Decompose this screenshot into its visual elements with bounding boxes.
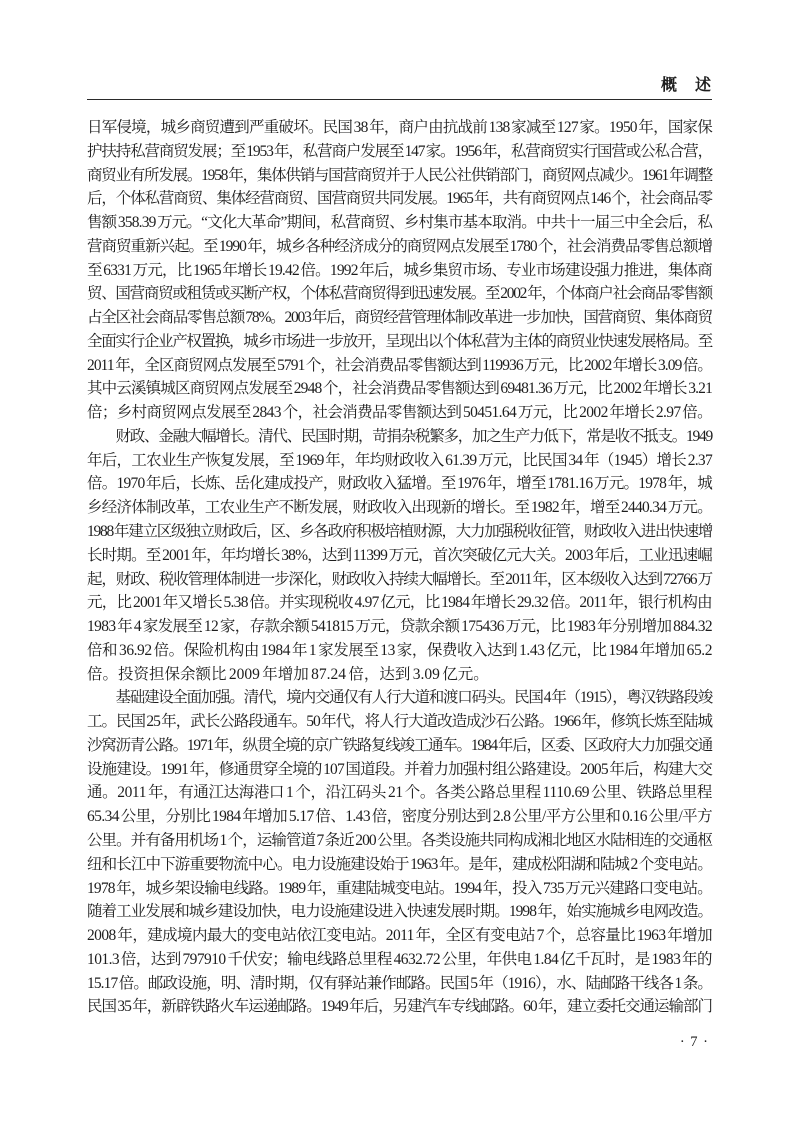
text-line-content: 随着工业发展和城乡建设加快，电力设施建设进入快速发展时期。1998 年，始实施城… xyxy=(87,900,712,924)
text-line: 日军侵境，城乡商贸遭到严重破坏。民国 38 年，商户由抗战前 138 家减至 1… xyxy=(87,116,712,140)
text-line-content: 贸、国营商贸或租赁或买断产权，个体私营商贸得到迅速发展。至 2002 年，个体商… xyxy=(87,282,712,306)
document-page: 概 述 日军侵境，城乡商贸遭到严重破坏。民国 38 年，商户由抗战前 138 家… xyxy=(0,0,793,1122)
text-line: 护扶持私营商贸发展；至 1953 年，私营商户发展至 147 家。1956 年，… xyxy=(87,140,712,164)
text-line-content: 2011 年，全区商贸网点发展至 5791 个，社会消费品零售额达到 11993… xyxy=(87,354,712,378)
text-line-content: 2008 年，建成境内最大的变电站依江变电站。2011 年，全区有变电站 7 个… xyxy=(87,924,712,948)
text-line-content: 护扶持私营商贸发展；至 1953 年，私营商户发展至 147 家。1956 年，… xyxy=(87,140,712,164)
text-line-content: 工。民国 25 年，武长公路段通车。50 年代，将人行大道改造成沙石公路。196… xyxy=(87,710,712,734)
text-line: 长时期。至 2001 年，年均增长 38%，达到 11399 万元，首次突破亿元… xyxy=(87,544,712,568)
text-line-content: 65.34 公里，分别比 1984 年增加 5.17 倍、1.43 倍，密度分别… xyxy=(87,805,712,829)
text-line: 民国 35 年，新辟铁路火车运递邮路。1949 年后，另建汽车专线邮路。60 年… xyxy=(87,995,712,1019)
text-line-content: 倍；乡村商贸网点发展至 2843 个，社会消费品零售额达到 50451.64 万… xyxy=(87,401,712,425)
text-line: 商贸业有所发展。1958 年，集体供销与国营商贸并于人民公社供销部门，商贸网点减… xyxy=(87,164,712,188)
page-number: · 7 · xyxy=(87,1034,709,1051)
text-line: 至 6331 万元，比 1965 年增长 19.42 倍。1992 年后，城乡集… xyxy=(87,259,712,283)
text-line: 65.34 公里，分别比 1984 年增加 5.17 倍、1.43 倍，密度分别… xyxy=(87,805,712,829)
text-line: 2011 年，全区商贸网点发展至 5791 个，社会消费品零售额达到 11993… xyxy=(87,354,712,378)
text-line-content: 通。2011 年，有通江达海港口 1 个，沿江码头 21 个。各类公路总里程 1… xyxy=(87,781,712,805)
text-line: 公里。并有备用机场 1 个，运输管道 7 条近 200 公里。各类设施共同构成湘… xyxy=(87,829,712,853)
text-line: 1988 年建立区级独立财政后，区、乡各政府积极培植财源，大力加强税收征管，财政… xyxy=(87,520,712,544)
text-line: 财政、金融大幅增长。清代、民国时期，苛捐杂税繁多，加之生产力低下，常是收不抵支。… xyxy=(87,425,712,449)
text-line-content: 长时期。至 2001 年，年均增长 38%，达到 11399 万元，首次突破亿元… xyxy=(87,544,712,568)
text-line-content: 营商贸重新兴起。至 1990 年，城乡各种经济成分的商贸网点发展至 1780 个… xyxy=(87,235,712,259)
text-line-content: 财政、金融大幅增长。清代、民国时期，苛捐杂税繁多，加之生产力低下，常是收不抵支。… xyxy=(87,425,712,449)
text-line-content: 101.3 倍，达到 797910 千伏安；输电线路总里程 4632.72 公里… xyxy=(87,948,712,972)
text-line-content: 后，个体私营商贸、集体经营商贸、国营商贸共同发展。1965 年，共有商贸网点 1… xyxy=(87,187,712,211)
text-line: 其中云溪镇城区商贸网点发展至 2948 个，社会消费品零售额达到 69481.3… xyxy=(87,377,712,401)
text-line-content: 占全区社会商品零售总额 78%。2003 年后，商贸经营管理体制改革进一步加快，… xyxy=(87,306,712,330)
text-line: 纽和长江中下游重要物流中心。电力设施建设始于 1963 年。是年，建成松阳湖和陆… xyxy=(87,853,712,877)
text-line-content: 基础建设全面加强。清代，境内交通仅有人行大道和渡口码头。民国 4 年（1915）… xyxy=(87,686,712,710)
text-line-content: 设施建设。1991 年，修通贯穿全境的 107 国道段。并着力加强村组公路建设。… xyxy=(87,758,712,782)
text-line-content: 1978 年，城乡架设输电线路。1989 年，重建陆城变电站。1994 年，投入… xyxy=(87,877,712,901)
text-line-content: 全面实行企业产权置换，城乡市场进一步放开，呈现出以个体私营为主体的商贸业快速发展… xyxy=(87,330,712,354)
text-line-content: 纽和长江中下游重要物流中心。电力设施建设始于 1963 年。是年，建成松阳湖和陆… xyxy=(87,853,712,877)
paragraph: 日军侵境，城乡商贸遭到严重破坏。民国 38 年，商户由抗战前 138 家减至 1… xyxy=(87,116,712,425)
text-line-content: 其中云溪镇城区商贸网点发展至 2948 个，社会消费品零售额达到 69481.3… xyxy=(87,377,712,401)
text-line: 基础建设全面加强。清代，境内交通仅有人行大道和渡口码头。民国 4 年（1915）… xyxy=(87,686,712,710)
text-line: 通。2011 年，有通江达海港口 1 个，沿江码头 21 个。各类公路总里程 1… xyxy=(87,781,712,805)
text-line: 起，财政、税收管理体制进一步深化，财政收入持续大幅增长。至 2011 年，区本级… xyxy=(87,568,712,592)
text-line: 工。民国 25 年，武长公路段通车。50 年代，将人行大道改造成沙石公路。196… xyxy=(87,710,712,734)
text-line: 年后，工农业生产恢复发展，至 1969 年，年均财政收入 61.39 万元，比民… xyxy=(87,449,712,473)
text-line-content: 15.17 倍。邮政设施，明、清时期，仅有驿站兼作邮路。民国 5 年（1916）… xyxy=(87,972,712,996)
text-line: 倍；乡村商贸网点发展至 2843 个，社会消费品零售额达到 50451.64 万… xyxy=(87,401,712,425)
header-rule xyxy=(87,99,712,100)
page-title: 概 述 xyxy=(661,77,712,94)
text-line: 沙窝沥青公路。1971 年，纵贯全境的京广铁路复线竣工通车。1984 年后，区委… xyxy=(87,734,712,758)
text-line: 后，个体私营商贸、集体经营商贸、国营商贸共同发展。1965 年，共有商贸网点 1… xyxy=(87,187,712,211)
text-line-content: 起，财政、税收管理体制进一步深化，财政收入持续大幅增长。至 2011 年，区本级… xyxy=(87,568,712,592)
text-line: 2008 年，建成境内最大的变电站依江变电站。2011 年，全区有变电站 7 个… xyxy=(87,924,712,948)
text-line-content: 倍和 36.92 倍。保险机构由 1984 年 1 家发展至 13 家，保费收入… xyxy=(87,639,712,663)
paragraph: 基础建设全面加强。清代，境内交通仅有人行大道和渡口码头。民国 4 年（1915）… xyxy=(87,686,712,1019)
text-line-content: 1983 年 4 家发展至 12 家，存款余额 541815 万元，贷款余额 1… xyxy=(87,615,712,639)
text-line: 设施建设。1991 年，修通贯穿全境的 107 国道段。并着力加强村组公路建设。… xyxy=(87,758,712,782)
text-line: 101.3 倍，达到 797910 千伏安；输电线路总里程 4632.72 公里… xyxy=(87,948,712,972)
text-line-content: 沙窝沥青公路。1971 年，纵贯全境的京广铁路复线竣工通车。1984 年后，区委… xyxy=(87,734,712,758)
text-line: 1978 年，城乡架设输电线路。1989 年，重建陆城变电站。1994 年，投入… xyxy=(87,877,712,901)
text-line-content: 公里。并有备用机场 1 个，运输管道 7 条近 200 公里。各类设施共同构成湘… xyxy=(87,829,712,853)
text-line: 倍。1970 年后，长炼、岳化建成投产，财政收入猛增。至 1976 年，增至 1… xyxy=(87,472,712,496)
text-line: 元，比 2001 年又增长 5.38 倍。并实现税收 4.97 亿元，比 198… xyxy=(87,591,712,615)
text-line-content: 至 6331 万元，比 1965 年增长 19.42 倍。1992 年后，城乡集… xyxy=(87,259,712,283)
text-line-content: 元，比 2001 年又增长 5.38 倍。并实现税收 4.97 亿元，比 198… xyxy=(87,591,712,615)
page-header: 概 述 xyxy=(87,72,712,95)
text-line-content: 民国 35 年，新辟铁路火车运递邮路。1949 年后，另建汽车专线邮路。60 年… xyxy=(87,995,712,1019)
text-line: 全面实行企业产权置换，城乡市场进一步放开，呈现出以个体私营为主体的商贸业快速发展… xyxy=(87,330,712,354)
text-line-content: 日军侵境，城乡商贸遭到严重破坏。民国 38 年，商户由抗战前 138 家减至 1… xyxy=(87,116,712,140)
text-line: 营商贸重新兴起。至 1990 年，城乡各种经济成分的商贸网点发展至 1780 个… xyxy=(87,235,712,259)
text-line: 占全区社会商品零售总额 78%。2003 年后，商贸经营管理体制改革进一步加快，… xyxy=(87,306,712,330)
paragraph: 财政、金融大幅增长。清代、民国时期，苛捐杂税繁多，加之生产力低下，常是收不抵支。… xyxy=(87,425,712,686)
text-line: 售额 358.39 万元。“文化大革命”期间，私营商贸、乡村集市基本取消。中共十… xyxy=(87,211,712,235)
text-line-content: 1988 年建立区级独立财政后，区、乡各政府积极培植财源，大力加强税收征管，财政… xyxy=(87,520,712,544)
text-line-content: 倍。投资担保余额比 2009 年增加 87.24 倍，达到 3.09 亿元。 xyxy=(87,663,489,687)
text-line: 贸、国营商贸或租赁或买断产权，个体私营商贸得到迅速发展。至 2002 年，个体商… xyxy=(87,282,712,306)
text-line: 倍和 36.92 倍。保险机构由 1984 年 1 家发展至 13 家，保费收入… xyxy=(87,639,712,663)
text-line: 乡经济体制改革，工农业生产不断发展，财政收入出现新的增长。至 1982 年，增至… xyxy=(87,496,712,520)
text-line-content: 乡经济体制改革，工农业生产不断发展，财政收入出现新的增长。至 1982 年，增至… xyxy=(87,496,712,520)
text-line: 15.17 倍。邮政设施，明、清时期，仅有驿站兼作邮路。民国 5 年（1916）… xyxy=(87,972,712,996)
text-line-content: 年后，工农业生产恢复发展，至 1969 年，年均财政收入 61.39 万元，比民… xyxy=(87,449,712,473)
text-line: 1983 年 4 家发展至 12 家，存款余额 541815 万元，贷款余额 1… xyxy=(87,615,712,639)
text-line-content: 倍。1970 年后，长炼、岳化建成投产，财政收入猛增。至 1976 年，增至 1… xyxy=(87,472,712,496)
text-line: 倍。投资担保余额比 2009 年增加 87.24 倍，达到 3.09 亿元。 xyxy=(87,663,712,687)
text-line-content: 售额 358.39 万元。“文化大革命”期间，私营商贸、乡村集市基本取消。中共十… xyxy=(87,211,712,235)
text-line-content: 商贸业有所发展。1958 年，集体供销与国营商贸并于人民公社供销部门，商贸网点减… xyxy=(87,164,712,188)
text-line: 随着工业发展和城乡建设加快，电力设施建设进入快速发展时期。1998 年，始实施城… xyxy=(87,900,712,924)
body-text: 日军侵境，城乡商贸遭到严重破坏。民国 38 年，商户由抗战前 138 家减至 1… xyxy=(87,116,712,1019)
